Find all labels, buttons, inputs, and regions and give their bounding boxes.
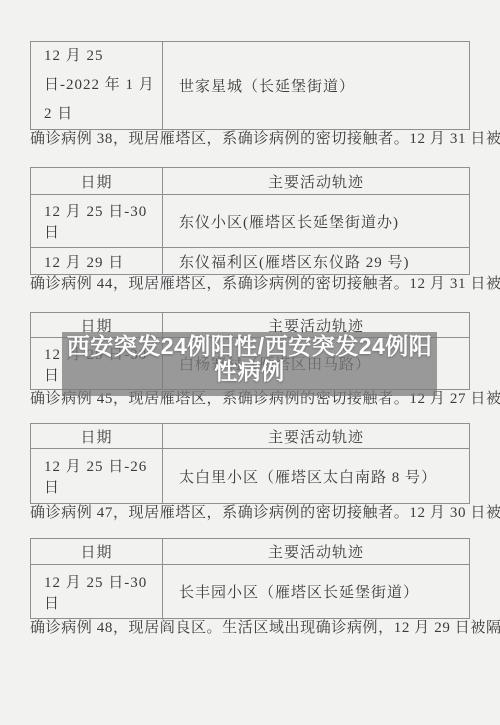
track-cell: 东仪福利区(雁塔区东仪路 29 号) — [163, 248, 470, 275]
track-header: 主要活动轨迹 — [163, 168, 470, 195]
case-note-38: 确诊病例 38，现居雁塔区，系确诊病例的密切接触者。12 月 31 日被隔离。 — [30, 130, 470, 149]
table-row: 12 月 25 日-30 日 长丰园小区（雁塔区长延堡街道） — [31, 565, 470, 619]
article-page: { "overlay": { "title": "西安突发24例阳性/西安突发2… — [0, 0, 500, 725]
table-header-row: 日期 主要活动轨迹 — [31, 168, 470, 195]
table-header-row: 日期 主要活动轨迹 — [31, 539, 470, 565]
date-header: 日期 — [31, 424, 163, 449]
track-header: 主要活动轨迹 — [163, 539, 470, 565]
track-cell: 世家星城（长延堡街道） — [163, 42, 470, 130]
date-cell: 12 月 25 日-2022 年 1 月 2 日 — [31, 42, 163, 130]
track-cell: 太白里小区（雁塔区太白南路 8 号） — [163, 449, 470, 504]
activity-table-1: 12 月 25 日-2022 年 1 月 2 日 世家星城（长延堡街道） — [30, 41, 470, 130]
date-header: 日期 — [31, 539, 163, 565]
table-row: 12 月 25 日-26 日 太白里小区（雁塔区太白南路 8 号） — [31, 449, 470, 504]
page-title: 西安突发24例阳性/西安突发24例阳性病例 — [62, 334, 437, 384]
table-row: 12 月 29 日 东仪福利区(雁塔区东仪路 29 号) — [31, 248, 470, 275]
table-row: 12 月 25 日-30 日 东仪小区(雁塔区长延堡街道办) — [31, 195, 470, 248]
track-header: 主要活动轨迹 — [163, 424, 470, 449]
date-cell: 12 月 25 日-30 日 — [31, 565, 163, 619]
case-note-44: 确诊病例 44，现居雁塔区，系确诊病例的密切接触者。12 月 31 日被隔离。 — [30, 275, 470, 294]
date-cell: 12 月 29 日 — [31, 248, 163, 275]
case-note-47: 确诊病例 47，现居雁塔区，系确诊病例的密切接触者。12 月 30 日被隔离。 — [30, 504, 470, 523]
case-note-48: 确诊病例 48，现居阎良区。生活区域出现确诊病例，12 月 29 日被隔离。 — [30, 619, 470, 638]
date-header: 日期 — [31, 168, 163, 195]
activity-table-2: 日期 主要活动轨迹 12 月 25 日-30 日 东仪小区(雁塔区长延堡街道办)… — [30, 167, 470, 275]
track-cell: 长丰园小区（雁塔区长延堡街道） — [163, 565, 470, 619]
date-cell: 12 月 25 日-26 日 — [31, 449, 163, 504]
date-cell: 12 月 25 日-30 日 — [31, 195, 163, 248]
activity-table-5: 日期 主要活动轨迹 12 月 25 日-30 日 长丰园小区（雁塔区长延堡街道） — [30, 538, 470, 619]
title-banner-overlay: 西安突发24例阳性/西安突发24例阳性病例 — [62, 332, 437, 396]
track-cell: 东仪小区(雁塔区长延堡街道办) — [163, 195, 470, 248]
activity-table-4: 日期 主要活动轨迹 12 月 25 日-26 日 太白里小区（雁塔区太白南路 8… — [30, 423, 470, 504]
table-row: 12 月 25 日-2022 年 1 月 2 日 世家星城（长延堡街道） — [31, 42, 470, 130]
table-header-row: 日期 主要活动轨迹 — [31, 424, 470, 449]
